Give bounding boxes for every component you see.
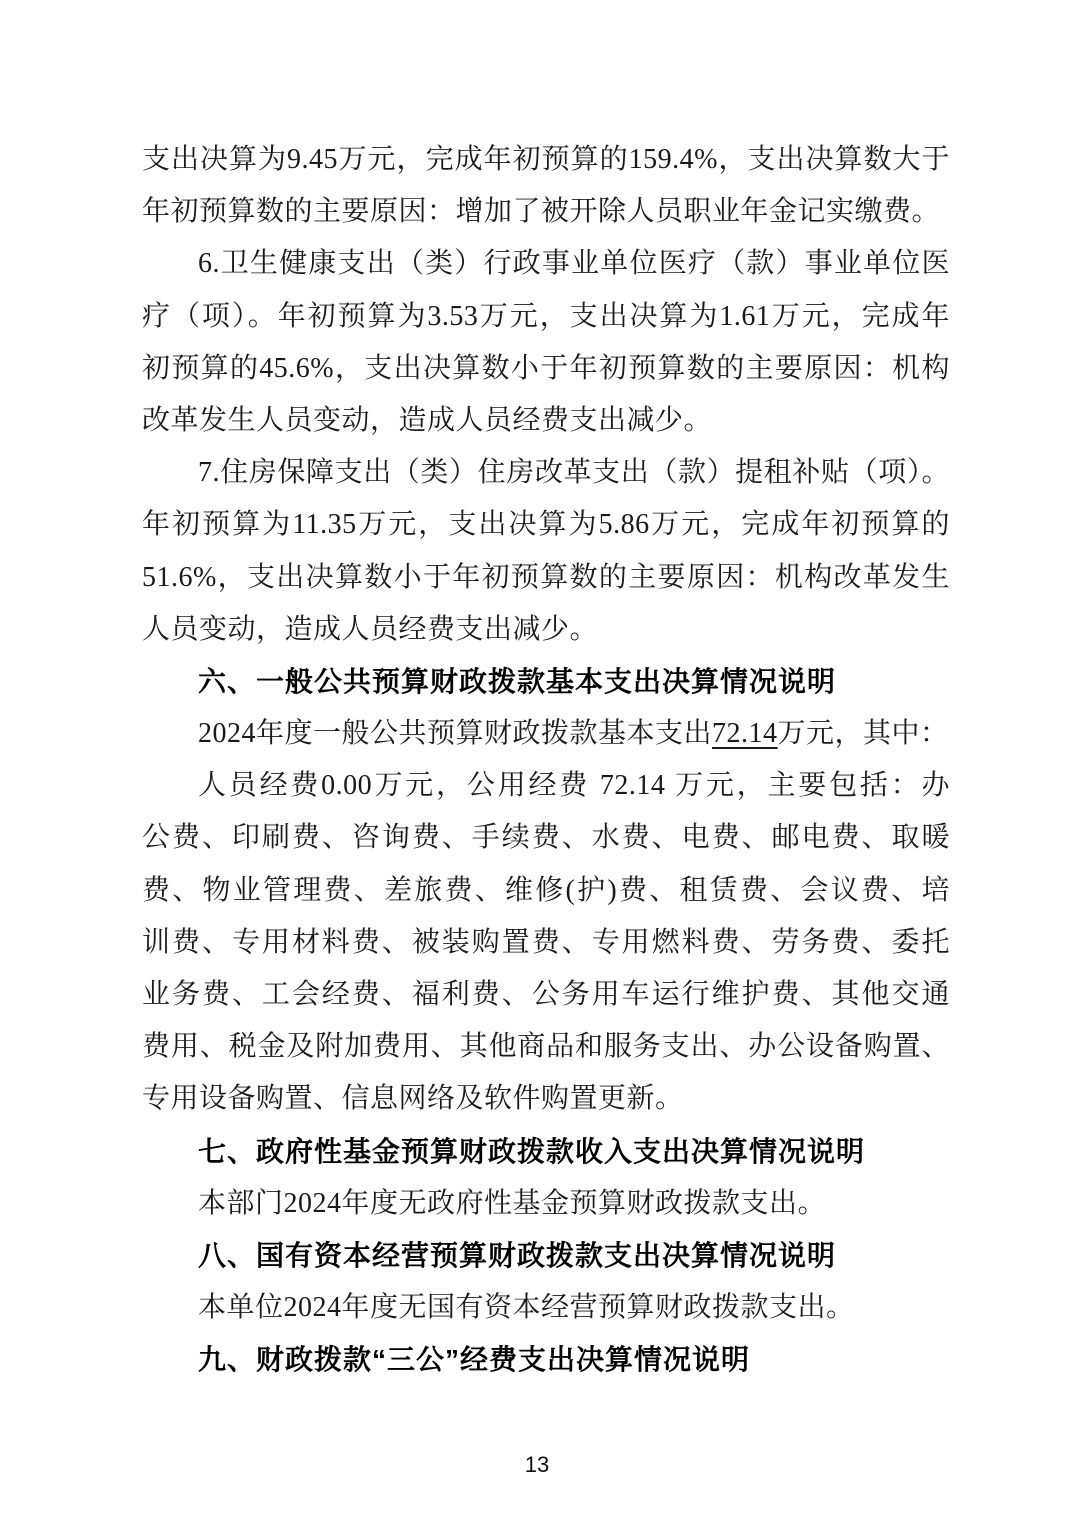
- body-line: 费用、税金及附加费用、其他商品和服务支出、办公设备购置、: [142, 1021, 950, 1073]
- body-line: 费、物业管理费、差旅费、维修(护)费、租赁费、会议费、培: [142, 865, 950, 917]
- body-line: 年初预算数的主要原因：增加了被开除人员职业年金记实缴费。: [142, 186, 950, 238]
- body-line: 改革发生人员变动，造成人员经费支出减少。: [142, 395, 950, 447]
- body-line: 专用设备购置、信息网络及软件购置更新。: [142, 1073, 950, 1125]
- underlined-amount: 72.14: [712, 718, 778, 749]
- heading-section-6: 六、一般公共预算财政拨款基本支出决算情况说明: [142, 656, 950, 708]
- body-line: 支出决算为9.45万元，完成年初预算的159.4%，支出决算数大于: [142, 134, 950, 186]
- body-line: 51.6%，支出决算数小于年初预算数的主要原因：机构改革发生: [142, 552, 950, 604]
- body-line: 人员变动，造成人员经费支出减少。: [142, 604, 950, 656]
- document-page: 支出决算为9.45万元，完成年初预算的159.4%，支出决算数大于 年初预算数的…: [0, 0, 1074, 1520]
- body-line: 公费、印刷费、咨询费、手续费、水费、电费、邮电费、取暖: [142, 812, 950, 864]
- body-line: 本单位2024年度无国有资本经营预算财政拨款支出。: [142, 1282, 950, 1334]
- body-line: 本部门2024年度无政府性基金预算财政拨款支出。: [142, 1178, 950, 1230]
- page-body-text: 支出决算为9.45万元，完成年初预算的159.4%，支出决算数大于 年初预算数的…: [142, 134, 950, 1387]
- body-line: 初预算的45.6%，支出决算数小于年初预算数的主要原因：机构: [142, 343, 950, 395]
- page-number: 13: [0, 1452, 1074, 1478]
- body-line: 业务费、工会经费、福利费、公务用车运行维护费、其他交通: [142, 969, 950, 1021]
- body-line: 训费、专用材料费、被装购置费、专用燃料费、劳务费、委托: [142, 917, 950, 969]
- amount-line-prefix: 2024年度一般公共预算财政拨款基本支出: [198, 718, 712, 749]
- heading-section-9: 九、财政拨款“三公”经费支出决算情况说明: [142, 1334, 950, 1386]
- body-line: 2024年度一般公共预算财政拨款基本支出72.14万元，其中：: [142, 708, 950, 760]
- heading-section-7: 七、政府性基金预算财政拨款收入支出决算情况说明: [142, 1126, 950, 1178]
- body-line: 7.住房保障支出（类）住房改革支出（款）提租补贴（项）。: [142, 447, 950, 499]
- amount-line-suffix: 万元，其中：: [778, 718, 949, 749]
- body-line: 人员经费0.00万元，公用经费 72.14 万元，主要包括：办: [142, 760, 950, 812]
- body-line: 6.卫生健康支出（类）行政事业单位医疗（款）事业单位医: [142, 238, 950, 290]
- heading-section-8: 八、国有资本经营预算财政拨款支出决算情况说明: [142, 1230, 950, 1282]
- body-line: 疗（项）。年初预算为3.53万元，支出决算为1.61万元，完成年: [142, 291, 950, 343]
- body-line: 年初预算为11.35万元，支出决算为5.86万元，完成年初预算的: [142, 499, 950, 551]
